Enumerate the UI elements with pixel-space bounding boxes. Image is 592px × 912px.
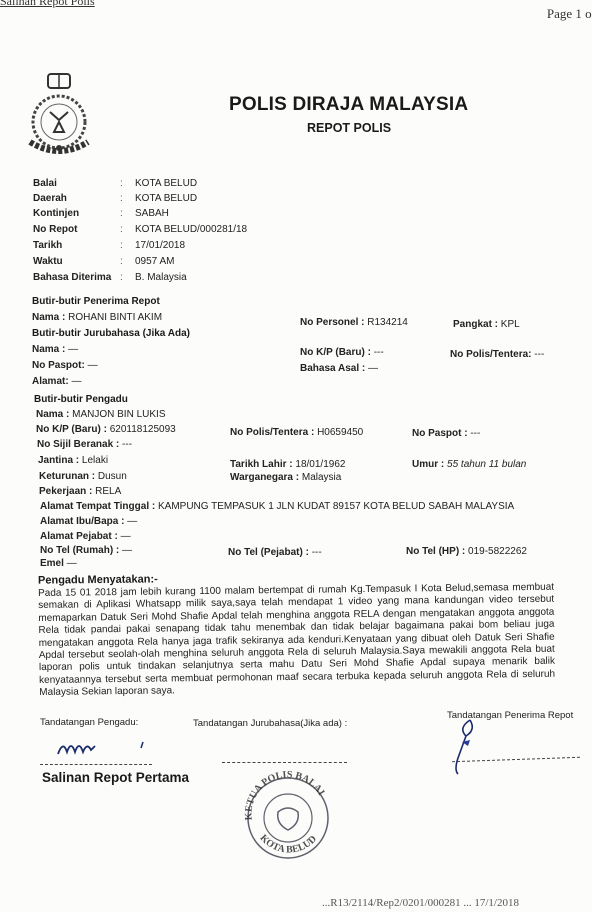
meta-value: SABAH	[135, 208, 169, 219]
meta-label: Balai	[33, 178, 57, 189]
complainant-police-no: No Polis/Tentera : H0659450	[230, 427, 363, 438]
complainant-tel-office: No Tel (Pejabat) : ---	[228, 547, 322, 558]
interpreter-name: Nama : —	[32, 344, 78, 355]
receiver-name: Nama : ROHANI BINTI AKIM	[32, 312, 162, 323]
complainant-email: Emel —	[40, 558, 77, 569]
complainant-dob: Tarikh Lahir : 18/01/1962	[230, 459, 345, 470]
meta-label: Waktu	[33, 256, 63, 267]
receiver-personnel-no: No Personel : R134214	[300, 317, 408, 328]
complainant-ethnicity: Keturunan : Dusun	[39, 471, 127, 482]
meta-value: KOTA BELUD/000281/18	[135, 224, 247, 235]
meta-label: Bahasa Diterima	[33, 272, 111, 283]
interpreter-police-no: No Polis/Tentera: ---	[450, 349, 544, 360]
first-copy-label: Salinan Repot Pertama	[42, 770, 189, 785]
pdrm-crest-icon	[26, 72, 92, 164]
page-number: Page 1 of	[547, 6, 592, 22]
complainant-passport: No Paspot : ---	[412, 428, 480, 439]
complainant-home-address: Alamat Tempat Tinggal : KAMPUNG TEMPASUK…	[40, 501, 514, 512]
receiver-rank: Pangkat : KPL	[453, 319, 520, 330]
complainant-name: Nama : MANJON BIN LUKIS	[36, 409, 166, 420]
meta-value: KOTA BELUD	[135, 193, 197, 204]
receiver-signature-icon	[448, 718, 508, 778]
complainant-occupation: Pekerjaan : RELA	[39, 486, 121, 497]
page-header-title: Salinan Repot Polis	[0, 0, 95, 9]
interpreter-language: Bahasa Asal : —	[300, 363, 378, 374]
complainant-gender: Jantina : Lelaki	[38, 455, 108, 466]
interpreter-signature-label: Tandatangan Jurubahasa(Jika ada) :	[193, 718, 347, 729]
statement-text: Pada 15 01 2018 jam lebih kurang 1100 ma…	[38, 582, 555, 700]
complainant-birth-cert: No Sijil Beranak : ---	[37, 439, 132, 450]
page-subtitle: REPOT POLIS	[307, 121, 391, 135]
statement-title: Pengadu Menyatakan:-	[38, 573, 158, 586]
svg-text:KETUA POLIS BALAI: KETUA POLIS BALAI	[243, 769, 326, 820]
complainant-citizenship: Warganegara : Malaysia	[230, 472, 341, 483]
complainant-section-title: Butir-butir Pengadu	[34, 394, 128, 405]
complainant-tel-hp: No Tel (HP) : 019-5822262	[406, 546, 527, 557]
interpreter-passport: No Paspot: —	[32, 360, 98, 371]
interpreter-signature-line	[222, 762, 347, 763]
complainant-age: Umur : 55 tahun 11 bulan	[412, 459, 526, 470]
complainant-parent-address: Alamat Ibu/Bapa : —	[40, 516, 137, 527]
meta-label: Daerah	[33, 193, 67, 204]
meta-value: B. Malaysia	[135, 272, 187, 283]
meta-value: 0957 AM	[135, 256, 174, 267]
meta-value: 17/01/2018	[135, 240, 185, 251]
meta-value: KOTA BELUD	[135, 178, 197, 189]
complainant-signature-label: Tandatangan Pengadu:	[40, 717, 138, 728]
footer-reference: ...R13/2114/Rep2/0201/000281 ... 17/1/20…	[322, 897, 519, 909]
meta-label: Kontinjen	[33, 208, 79, 219]
meta-label: No Repot	[33, 224, 77, 235]
receiver-section-title: Butir-butir Penerima Repot	[32, 296, 160, 307]
complainant-tel-home: No Tel (Rumah) : —	[40, 545, 132, 556]
complainant-office-address: Alamat Pejabat : —	[40, 531, 131, 542]
interpreter-kp: No K/P (Baru) : ---	[300, 347, 384, 358]
police-station-stamp-icon: KETUA POLIS BALAI KOTA BELUD	[238, 768, 338, 860]
interpreter-section-title: Butir-butir Jurubahasa (Jika Ada)	[32, 328, 190, 339]
page-title: POLIS DIRAJA MALAYSIA	[229, 94, 468, 116]
meta-label: Tarikh	[33, 240, 62, 251]
interpreter-address: Alamat: —	[32, 376, 81, 387]
complainant-signature-line	[40, 764, 152, 765]
complainant-signature-icon	[55, 732, 145, 762]
complainant-kp: No K/P (Baru) : 620118125093	[36, 424, 176, 435]
